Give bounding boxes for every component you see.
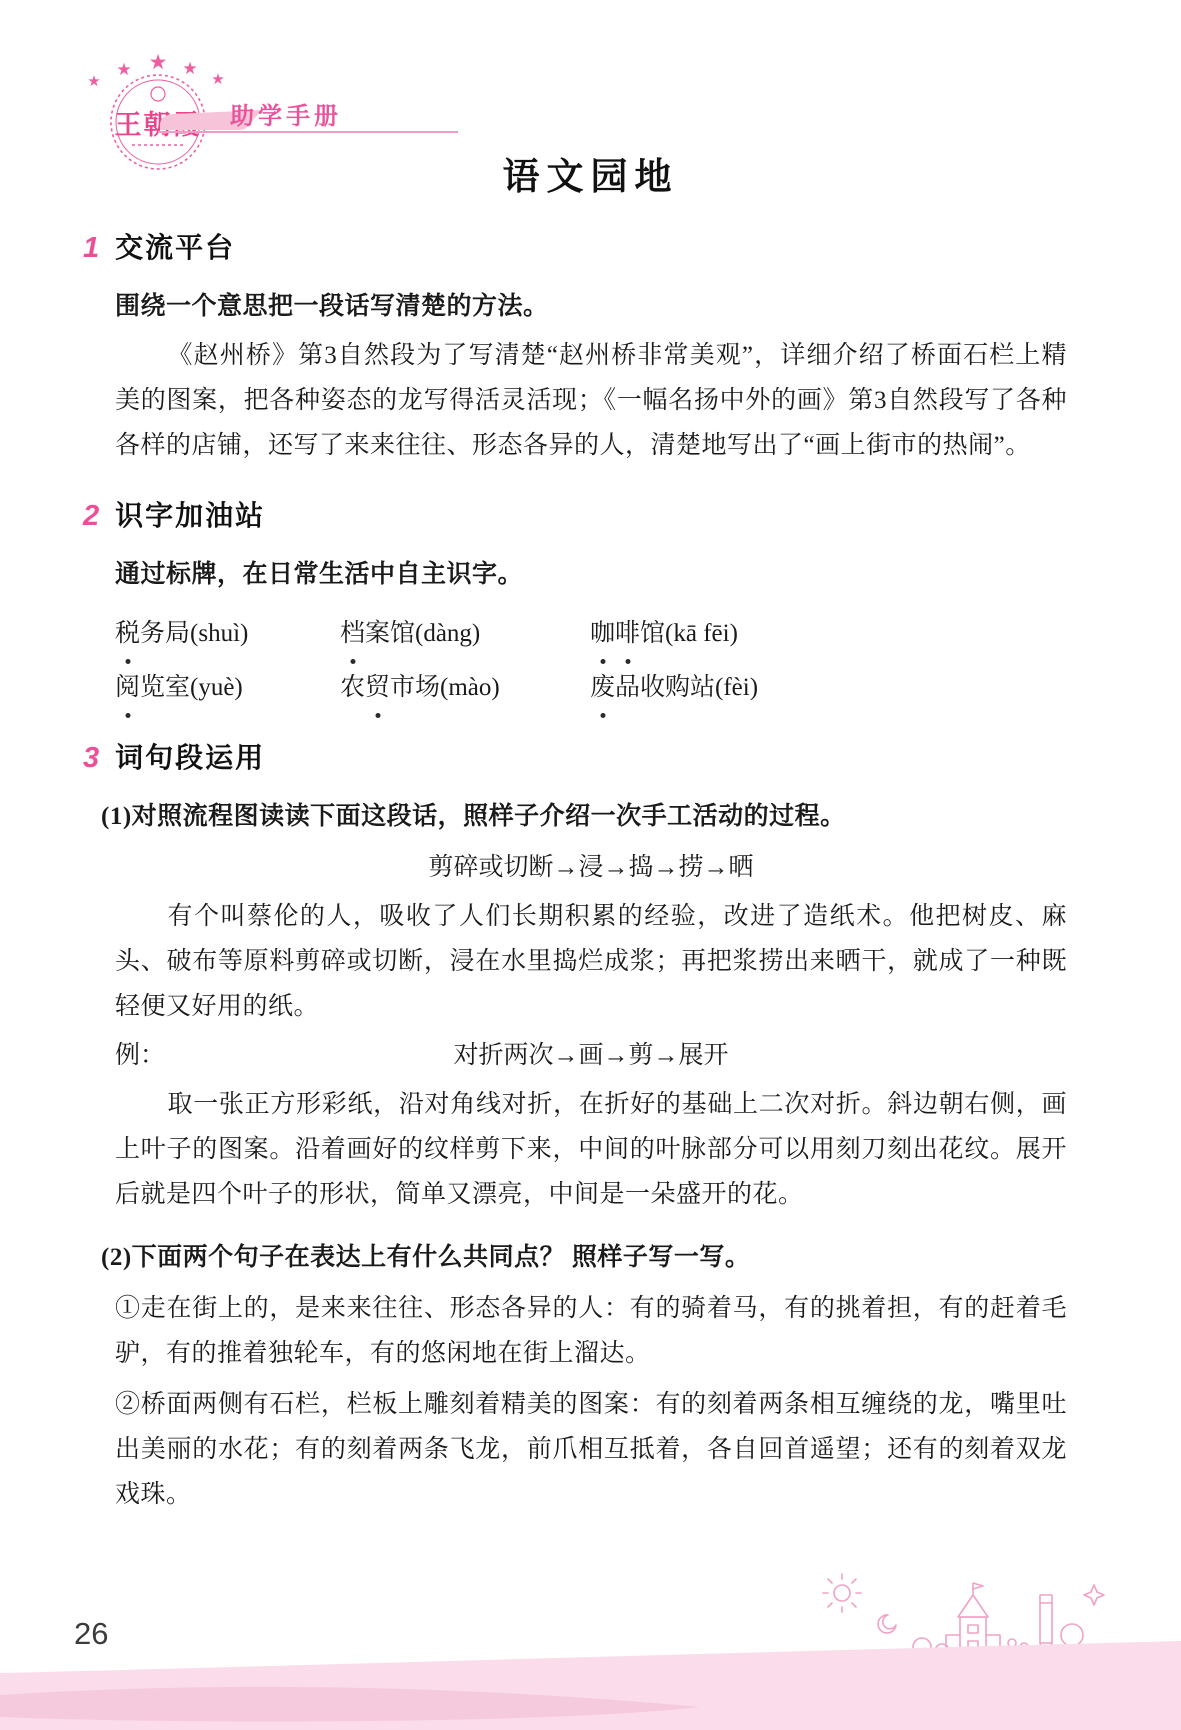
svg-text:★: ★ xyxy=(87,74,100,90)
castle-icon xyxy=(940,1583,1006,1655)
literacy-word: 农贸市场(mào) xyxy=(340,665,590,710)
example-label: 例： xyxy=(115,1033,165,1078)
flow-diagram-2: 对折两次→画→剪→展开 xyxy=(453,1042,728,1069)
sentence-1: ①走在街上的，是来来往往、形态各异的人：有的骑着马，有的挑着担，有的赶着毛驴，有… xyxy=(115,1286,1067,1376)
moon-icon xyxy=(878,1615,896,1633)
manual-label: 助学手册 xyxy=(230,96,342,131)
sentence-2: ②桥面两侧有石栏，栏板上雕刻着精美的图案：有的刻着两条相互缠绕的龙，嘴里吐出美丽… xyxy=(115,1382,1067,1517)
sun-icon xyxy=(823,1574,861,1612)
section-1-number: 1 xyxy=(83,232,99,265)
section-2-number: 2 xyxy=(83,500,99,533)
literacy-word: 咖啡馆(kā fēi) xyxy=(590,611,1067,656)
sparkle-icon xyxy=(1084,1585,1104,1605)
part-1-prompt: (1)对照流程图读读下面这段话，照样子介绍一次手工活动的过程。 xyxy=(101,794,1067,839)
section-1-intro: 围绕一个意思把一段话写清楚的方法。 xyxy=(115,284,1067,329)
literacy-word-row: 阅览室(yuè)农贸市场(mào)废品收购站(fèi) xyxy=(115,665,1067,710)
literacy-word: 废品收购站(fèi) xyxy=(590,665,1067,710)
footer-decoration xyxy=(0,1555,1181,1730)
section-2-intro: 通过标牌，在日常生活中自主识字。 xyxy=(115,552,1067,597)
papermaking-paragraph: 有个叫蔡伦的人，吸收了人们长期积累的经验，改进了造纸术。他把树皮、麻头、破布等原… xyxy=(115,894,1067,1029)
section-1-header: 1 交流平台 xyxy=(83,226,1067,266)
example-row: 例： 对折两次→画→剪→展开 xyxy=(115,1033,1067,1078)
papercut-paragraph: 取一张正方形彩纸，沿对角线对折，在折好的基础上二次对折。斜边朝右侧，画上叶子的图… xyxy=(115,1082,1067,1217)
part-2-prompt: (2)下面两个句子在表达上有什么共同点？ 照样子写一写。 xyxy=(101,1235,1067,1280)
section-2-header: 2 识字加油站 xyxy=(83,494,1067,534)
svg-text:★: ★ xyxy=(116,60,131,79)
literacy-word: 阅览室(yuè) xyxy=(115,665,340,710)
literacy-word: 档案馆(dàng) xyxy=(340,611,590,656)
section-3-heading: 词句段运用 xyxy=(115,736,265,776)
svg-text:★: ★ xyxy=(182,59,197,78)
logo-stars-icon: ★ ★ ★ ★ ★ xyxy=(87,52,224,90)
page-content: 1 交流平台 围绕一个意思把一段话写清楚的方法。 《赵州桥》第3自然段为了写清楚… xyxy=(0,226,1181,1517)
flow-diagram-1: 剪碎或切断→浸→捣→捞→晒 xyxy=(115,845,1067,890)
svg-text:★: ★ xyxy=(211,72,224,88)
section-3-header: 3 词句段运用 xyxy=(83,736,1067,776)
svg-text:★: ★ xyxy=(149,52,168,74)
section-1-paragraph: 《赵州桥》第3自然段为了写清楚“赵州桥非常美观”，详细介绍了桥面石栏上精美的图案… xyxy=(115,333,1067,468)
section-1-heading: 交流平台 xyxy=(115,226,235,266)
literacy-word-row: 税务局(shuì)档案馆(dàng)咖啡馆(kā fēi) xyxy=(115,611,1067,656)
logo-flower-icon xyxy=(151,87,165,101)
section-3-number: 3 xyxy=(83,742,99,775)
section-2-heading: 识字加油站 xyxy=(115,494,265,534)
literacy-words: 税务局(shuì)档案馆(dàng)咖啡馆(kā fēi)阅览室(yuè)农贸市… xyxy=(115,611,1067,710)
literacy-word: 税务局(shuì) xyxy=(115,611,340,656)
workbook-page: ★ ★ ★ ★ ★ 王朝霞 助学手册 语文园地 1 交流平台 围绕一个意思把一段… xyxy=(0,0,1181,1730)
ribbon-line xyxy=(158,131,458,133)
